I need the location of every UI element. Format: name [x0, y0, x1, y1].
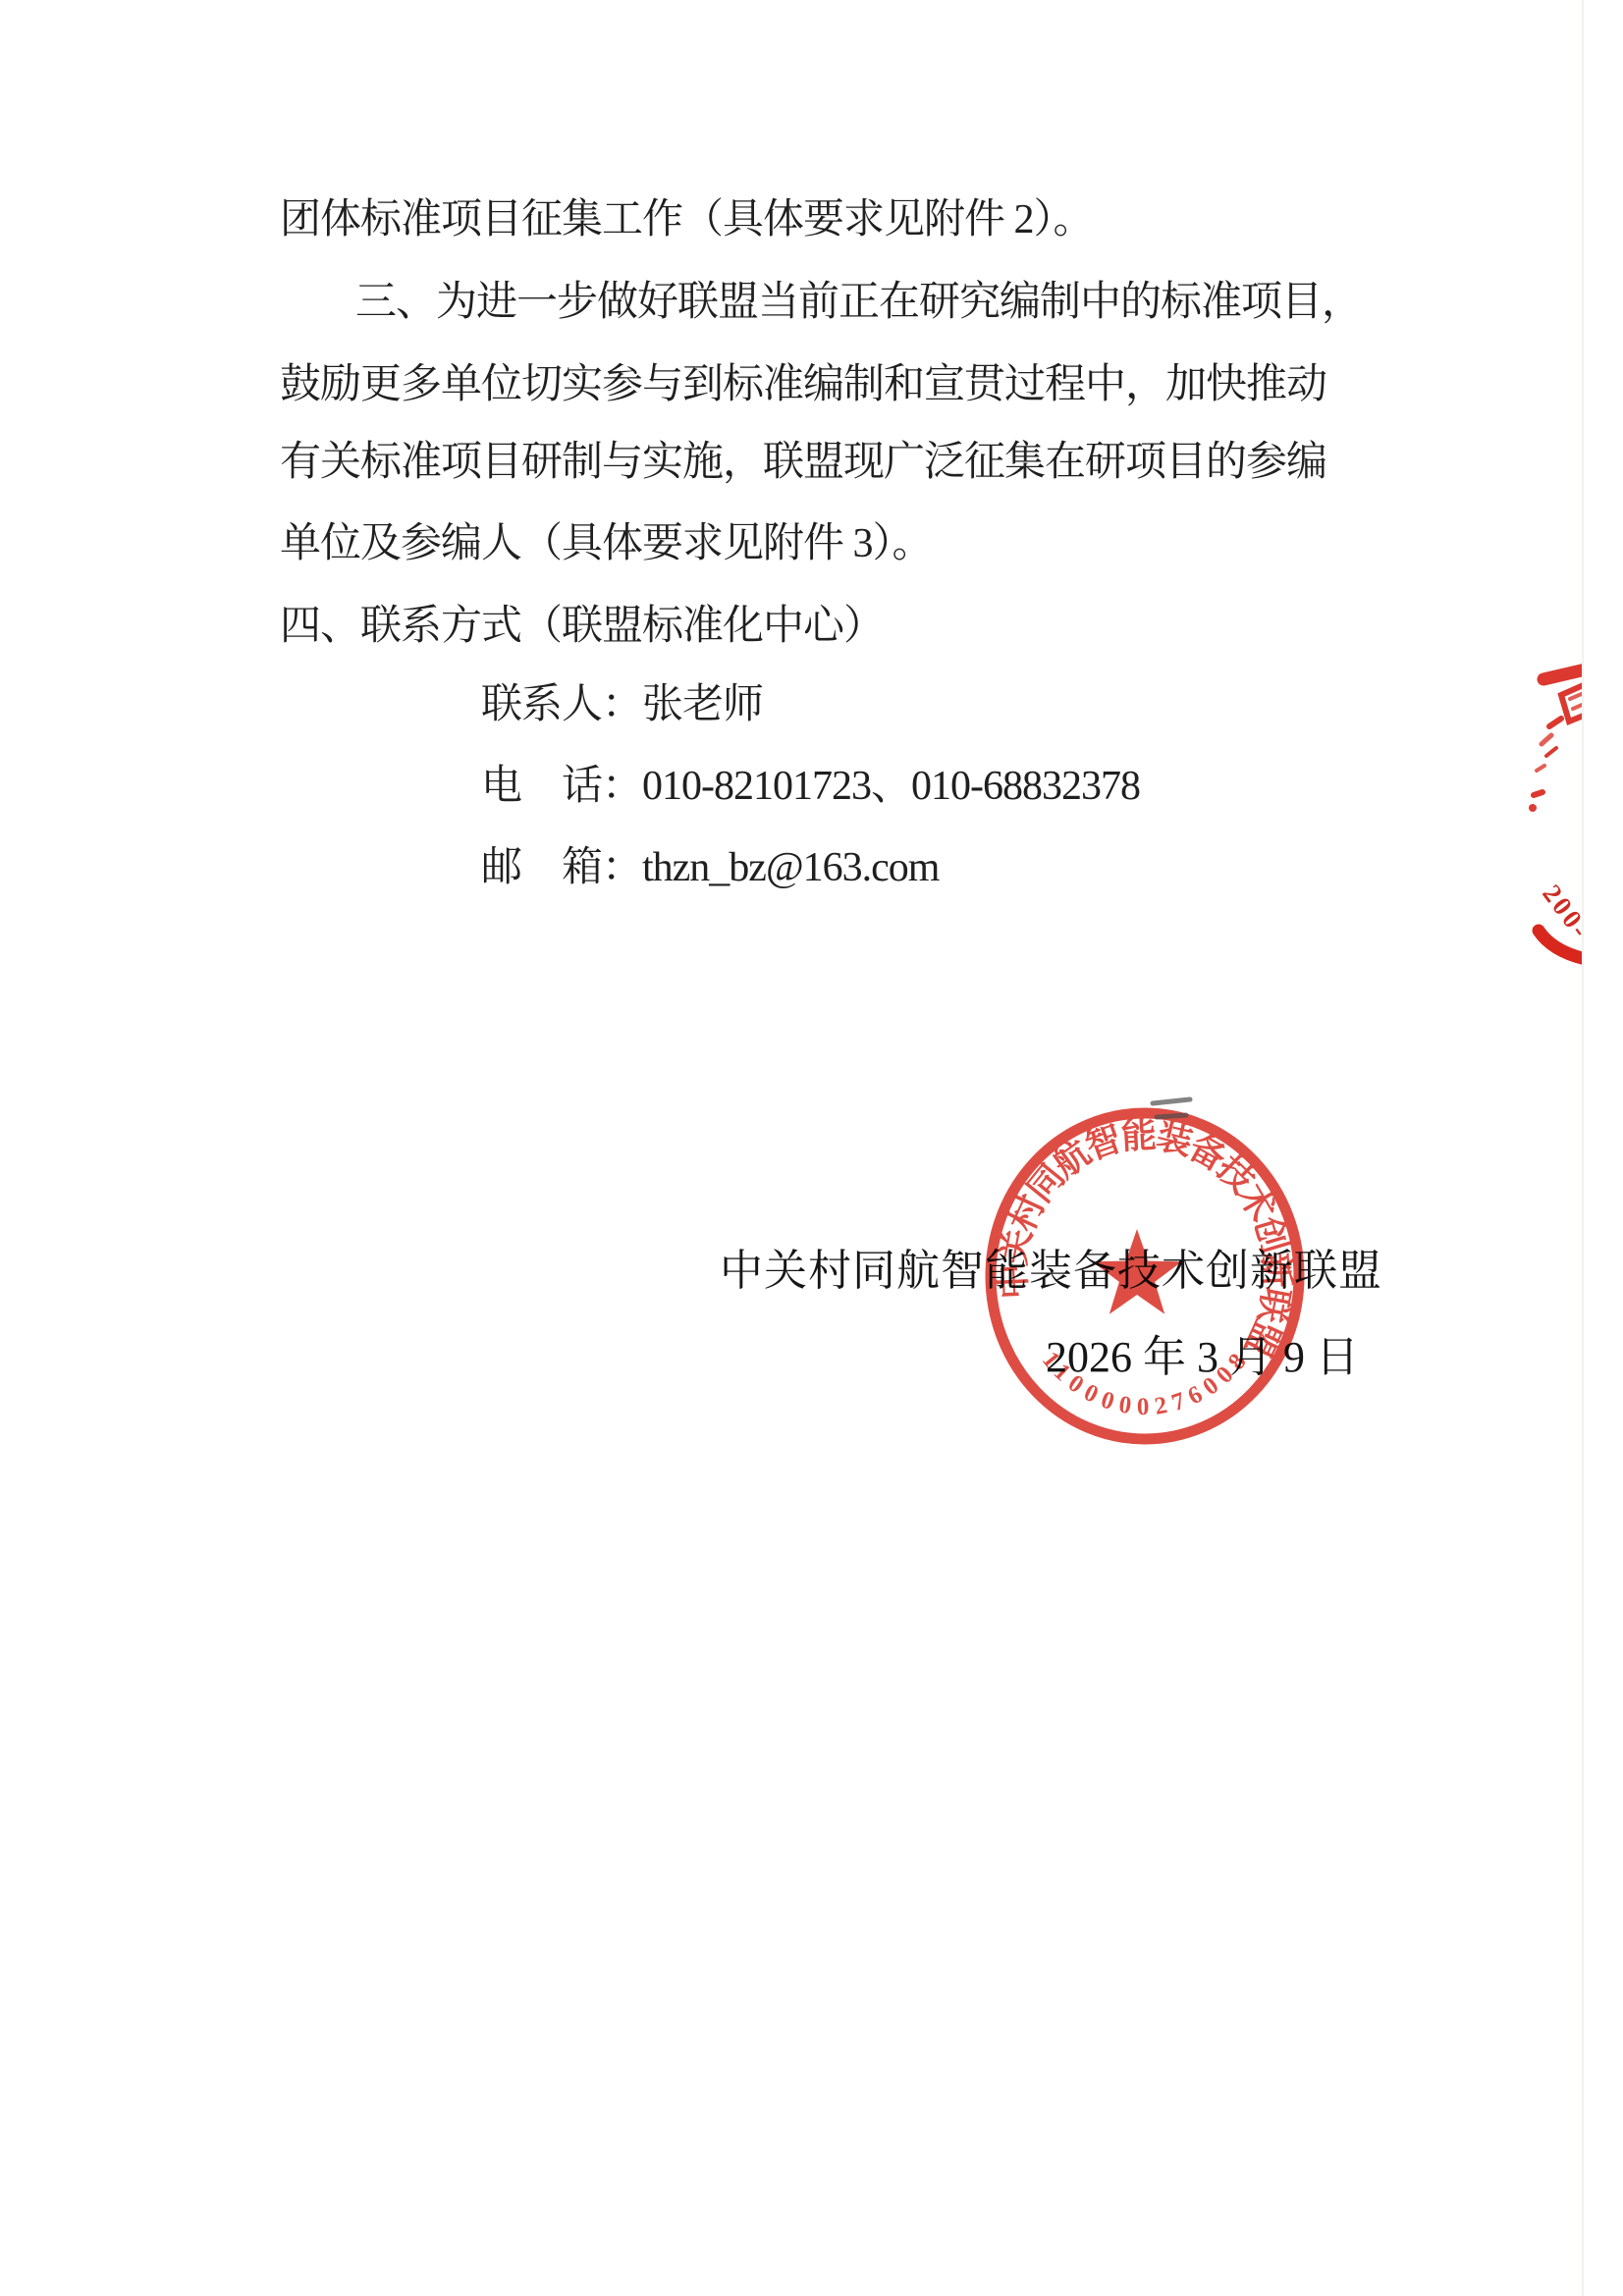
body-line-5: 单位及参编人（具体要求见附件 3）。: [280, 523, 933, 564]
contact-email: 邮 箱：thzn_bz@163.com: [481, 847, 939, 888]
edge-seal-fragment-top: [1517, 658, 1583, 825]
body-line-3: 鼓励更多单位切实参与到标准编制和宣贯过程中，加快推动: [280, 364, 1326, 405]
scan-page-edge-line: [1582, 0, 1584, 2296]
edge-fragment-dot: [1529, 804, 1537, 812]
seal-star-icon: [1092, 1229, 1181, 1314]
official-red-seal: 中关村同航智能装备技术创新联盟 1100000276008: [933, 1070, 1357, 1482]
edge-seal-fragment-bottom: 200-: [1517, 879, 1583, 967]
scanned-document-page: 团体标准项目征集工作（具体要求见附件 2）。 三、为进一步做好联盟当前正在研究编…: [0, 0, 1623, 2296]
contact-person: 联系人：张老师: [481, 684, 763, 725]
body-line-4: 有关标准项目研制与实施，联盟现广泛征集在研项目的参编: [280, 442, 1326, 483]
contact-phone: 电 话：010-82101723、010-68832378: [481, 766, 1140, 807]
body-line-6: 四、联系方式（联盟标准化中心）: [280, 606, 884, 647]
svg-text:1100000276008: 1100000276008: [1037, 1344, 1256, 1420]
seal-code-text: 1100000276008: [1037, 1344, 1256, 1420]
body-line-2: 三、为进一步做好联盟当前正在研究编制中的标准项目，: [355, 282, 1362, 323]
body-line-1: 团体标准项目征集工作（具体要求见附件 2）。: [280, 199, 1094, 240]
